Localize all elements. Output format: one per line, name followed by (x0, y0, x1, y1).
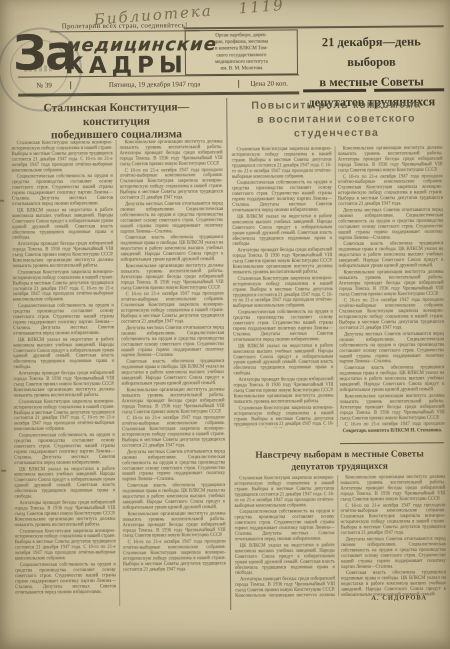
divider-under-komsomol (340, 442, 444, 444)
article-signature-elections: А. СИДОРОВА (354, 594, 444, 602)
headline-line: депутатов трудящихся (234, 461, 445, 474)
body-text: Сталинская Конституция закрепила всемирн… (12, 140, 117, 607)
headline-line: в воспитании советского (235, 112, 437, 127)
scan-artifact (0, 200, 4, 202)
article-column-constitution-left: Сталинская Конституция закрепила всемирн… (12, 140, 117, 607)
scan-artifact (1, 470, 6, 472)
headline-line: Сталинская Конституция—конституция (10, 101, 222, 130)
banner-line: 21 декабря—день выборов (297, 31, 446, 72)
article-column-elections-left: Сталинская Конституция закрепила всемирн… (234, 475, 335, 597)
divider-top (184, 25, 444, 29)
article-column-komsomol-left: Сталинская Конституция закрепила всемирн… (232, 146, 334, 428)
article-headline-constitution: Сталинская Конституция—конституция побед… (10, 101, 222, 143)
body-text: Комсомольские организации института долж… (340, 474, 446, 596)
headline-line: Повысить роль комсомола (235, 98, 437, 113)
article-headline-komsomol: Повысить роль комсомола в воспитании сов… (235, 98, 437, 141)
body-text: Комсомольские организации института долж… (338, 145, 445, 427)
handwriting-number: 1119 (238, 0, 285, 17)
divider-elections-columns (337, 475, 339, 596)
article-column-constitution-right: Комсомольские организации института долж… (120, 139, 227, 606)
headline-line: Навстречу выборам в местные Советы (234, 449, 445, 462)
newspaper-sheet: Библиотека 1119 Пролетарии всех стран, с… (0, 0, 450, 649)
publication-date: Пятница, 19 декабря 1947 года (70, 80, 238, 89)
price: Цена 20 коп. (238, 79, 299, 87)
body-text: Сталинская Конституция закрепила всемирн… (234, 475, 335, 597)
article-headline-elections: Навстречу выборам в местные Советы депут… (234, 449, 445, 474)
publisher-box: Орган партбюро, дирек- ции, профкома, ме… (185, 29, 298, 75)
newspaper-scan: Библиотека 1119 Пролетарии всех стран, с… (0, 0, 450, 649)
body-text: Комсомольские организации института долж… (120, 139, 227, 606)
publisher-line: им. В. М. Молотова (186, 64, 297, 71)
issue-number: № 39 (18, 81, 70, 89)
article-column-elections-right: Комсомольские организации института долж… (340, 474, 446, 596)
divider-main-columns (226, 98, 231, 610)
publisher-text: Орган партбюро, дирек- ции, профкома, ме… (186, 30, 297, 75)
headline-line: студенчества (235, 126, 437, 141)
article-signature-komsomol: Секретарь комитета ВЛКСМ Н. Степанова. (340, 427, 445, 440)
divider-banner-right (374, 88, 444, 92)
body-text: Сталинская Конституция закрепила всемирн… (232, 146, 334, 428)
divider-banner-left (303, 89, 366, 92)
article-column-komsomol-right: Комсомольские организации института долж… (338, 145, 445, 427)
